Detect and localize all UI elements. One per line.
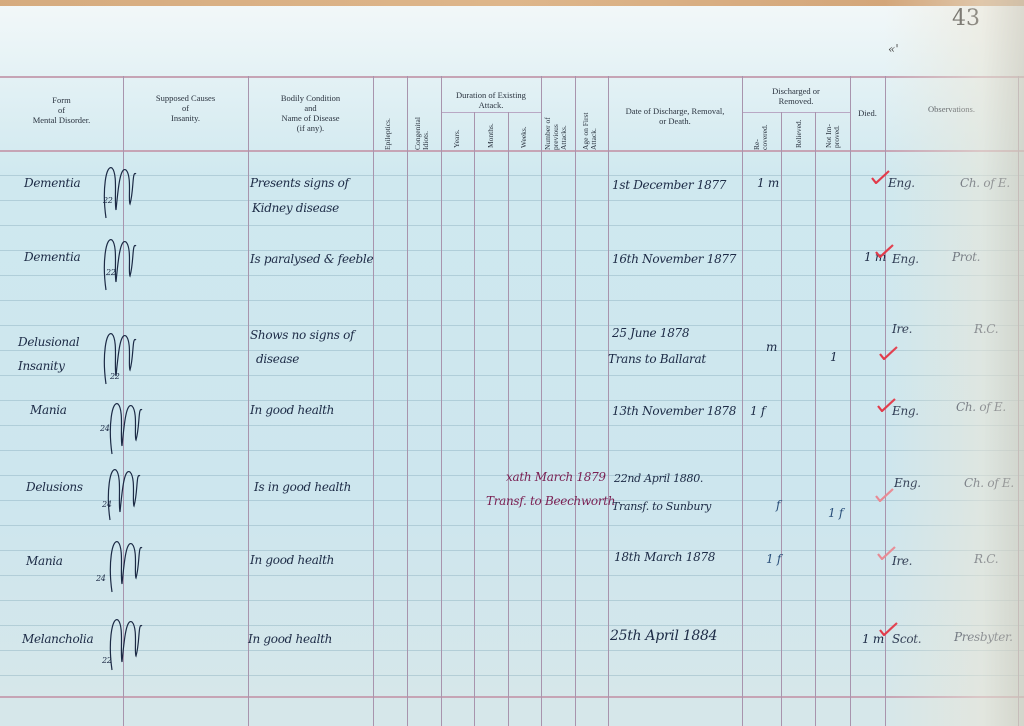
observation-religion: R.C. — [974, 552, 998, 566]
ruled-line — [0, 375, 1024, 376]
observation-religion: Prot. — [952, 250, 980, 264]
bodily-cell-line1: Shows no signs of — [250, 328, 354, 342]
form-cell: Delusions — [26, 480, 83, 494]
column-rule — [781, 112, 782, 726]
column-rule — [474, 112, 475, 726]
header-relieved: Relieved. — [795, 116, 803, 148]
date-cell: 1st December 1877 — [612, 178, 726, 192]
ditto-scrawl-icon — [106, 396, 146, 456]
bodily-cell-line2: Kidney disease — [252, 201, 339, 215]
age-cell: 24 — [96, 574, 106, 583]
column-rule — [850, 76, 851, 726]
ruled-line — [0, 600, 1024, 601]
ruled-line — [0, 275, 1024, 276]
not-improved-cell: 1 f — [828, 506, 843, 520]
ruled-line — [0, 450, 1024, 451]
date-cell-line2: Transf. to Sunbury — [612, 500, 711, 513]
bodily-cell: Is paralysed & feeble — [250, 252, 373, 266]
bodily-cell: In good health — [248, 632, 332, 646]
ditto-scrawl-icon — [100, 160, 140, 220]
observation-nationality: Ire. — [892, 554, 912, 568]
ruled-line — [0, 350, 1024, 351]
duration-note-line2: Transf. to Beechworth — [486, 494, 615, 508]
observation-religion: Ch. of E. — [964, 476, 1014, 490]
ruled-line — [0, 225, 1024, 226]
date-cell-line2: Trans to Ballarat — [608, 352, 706, 366]
observation-religion: Ch. of E. — [960, 176, 1010, 190]
duration-subrule — [441, 112, 541, 113]
header-causes: Supposed CausesofInsanity. — [123, 93, 248, 123]
register-page: 43 «' FormofMental Disorder. Supposed C — [0, 0, 1024, 726]
recovered-cell: m — [766, 340, 777, 354]
recovered-cell: 1 m — [757, 176, 779, 190]
column-rule — [508, 112, 509, 726]
margin-mark: «' — [888, 42, 899, 56]
header-duration: Duration of ExistingAttack. — [441, 90, 541, 110]
bodily-cell-line2: disease — [256, 352, 299, 366]
column-rule — [248, 76, 249, 726]
column-rule — [541, 76, 542, 726]
observation-religion: Ch. of E. — [956, 400, 1006, 414]
form-cell: Dementia — [24, 250, 80, 264]
ruled-line — [0, 200, 1024, 201]
observation-nationality: Eng. — [892, 252, 919, 266]
ditto-scrawl-icon — [104, 462, 144, 522]
date-cell-line1: 25 June 1878 — [612, 326, 689, 340]
header-bodily: Bodily ConditionandName of Disease(if an… — [248, 93, 373, 133]
ruled-line — [0, 675, 1024, 676]
red-check-icon — [870, 170, 890, 184]
header-months: Months. — [487, 118, 495, 148]
header-top-rule — [0, 76, 1024, 78]
form-cell: Melancholia — [22, 632, 93, 646]
ruled-line — [0, 550, 1024, 551]
ruled-line — [0, 650, 1024, 651]
header-observations: Observations. — [885, 104, 1018, 114]
ruled-line — [0, 425, 1024, 426]
ruled-line — [0, 325, 1024, 326]
header-bottom-rule — [0, 150, 1024, 152]
observation-nationality: Eng. — [894, 476, 921, 490]
form-cell: Dementia — [24, 176, 80, 190]
ditto-scrawl-icon — [100, 326, 140, 386]
form-cell: Mania — [30, 403, 67, 417]
ruled-line — [0, 525, 1024, 526]
recovered-cell: 1 f — [750, 404, 765, 418]
header-not-improved: Not Im-proved. — [825, 114, 841, 148]
page-number: 43 — [952, 6, 980, 31]
date-cell: 16th November 1877 — [612, 252, 736, 266]
date-cell-line1: 22nd April 1880. — [614, 472, 703, 485]
column-rule — [441, 76, 442, 726]
ruled-line — [0, 300, 1024, 301]
observation-nationality: Scot. — [892, 632, 921, 646]
observation-religion: Presbyter. — [954, 630, 1013, 644]
red-check-icon — [874, 244, 894, 258]
column-rule — [575, 76, 576, 726]
header-idiots: CongenitalIdiots. — [414, 110, 430, 150]
header-date: Date of Discharge, Removal,or Death. — [608, 106, 742, 126]
not-improved-cell: 1 — [830, 350, 837, 364]
observation-nationality: Eng. — [888, 176, 915, 190]
recovered-cell: f — [776, 498, 780, 512]
duration-note-line1: xath March 1879 — [506, 470, 606, 484]
discharged-subrule — [742, 112, 850, 113]
column-rule — [608, 76, 609, 726]
form-cell: Delusional Insanity — [18, 330, 98, 378]
observation-religion: R.C. — [974, 322, 998, 336]
ditto-scrawl-icon — [106, 612, 146, 672]
ruled-line — [0, 575, 1024, 576]
form-cell: Mania — [26, 554, 63, 568]
red-check-icon — [874, 488, 894, 502]
header-died: Died. — [850, 108, 885, 118]
observation-nationality: Ire. — [892, 322, 912, 336]
red-check-icon — [878, 346, 898, 360]
bodily-cell: In good health — [250, 403, 334, 417]
column-rule — [815, 112, 816, 726]
column-rule — [742, 76, 743, 726]
header-discharged: Discharged orRemoved. — [742, 86, 850, 106]
header-years: Years. — [453, 118, 461, 148]
header-form: FormofMental Disorder. — [0, 95, 123, 125]
column-rule — [373, 76, 374, 726]
header-epileptics: Epileptics. — [384, 108, 392, 150]
bodily-cell: Is in good health — [254, 480, 351, 494]
ruled-line — [0, 400, 1024, 401]
date-cell: 13th November 1878 — [612, 404, 736, 418]
ditto-scrawl-icon — [106, 534, 146, 594]
header-weeks: Weeks. — [520, 118, 528, 148]
footer-rule — [0, 696, 1024, 698]
bodily-cell: In good health — [250, 553, 334, 567]
header-recovered: Re-covered. — [753, 118, 769, 150]
column-rule — [407, 76, 408, 726]
recovered-cell: 1 f — [766, 552, 781, 566]
bodily-cell-line1: Presents signs of — [250, 176, 349, 190]
header-previous-attacks: Number ofpreviousAttacks. — [544, 104, 568, 150]
ruled-line — [0, 625, 1024, 626]
header-age-first-attack: Age on FirstAttack. — [582, 100, 598, 150]
column-rule — [1018, 76, 1019, 726]
observation-nationality: Eng. — [892, 404, 919, 418]
date-cell: 18th March 1878 — [614, 550, 715, 564]
ditto-scrawl-icon — [100, 232, 140, 292]
date-cell: 25th April 1884 — [610, 628, 717, 644]
